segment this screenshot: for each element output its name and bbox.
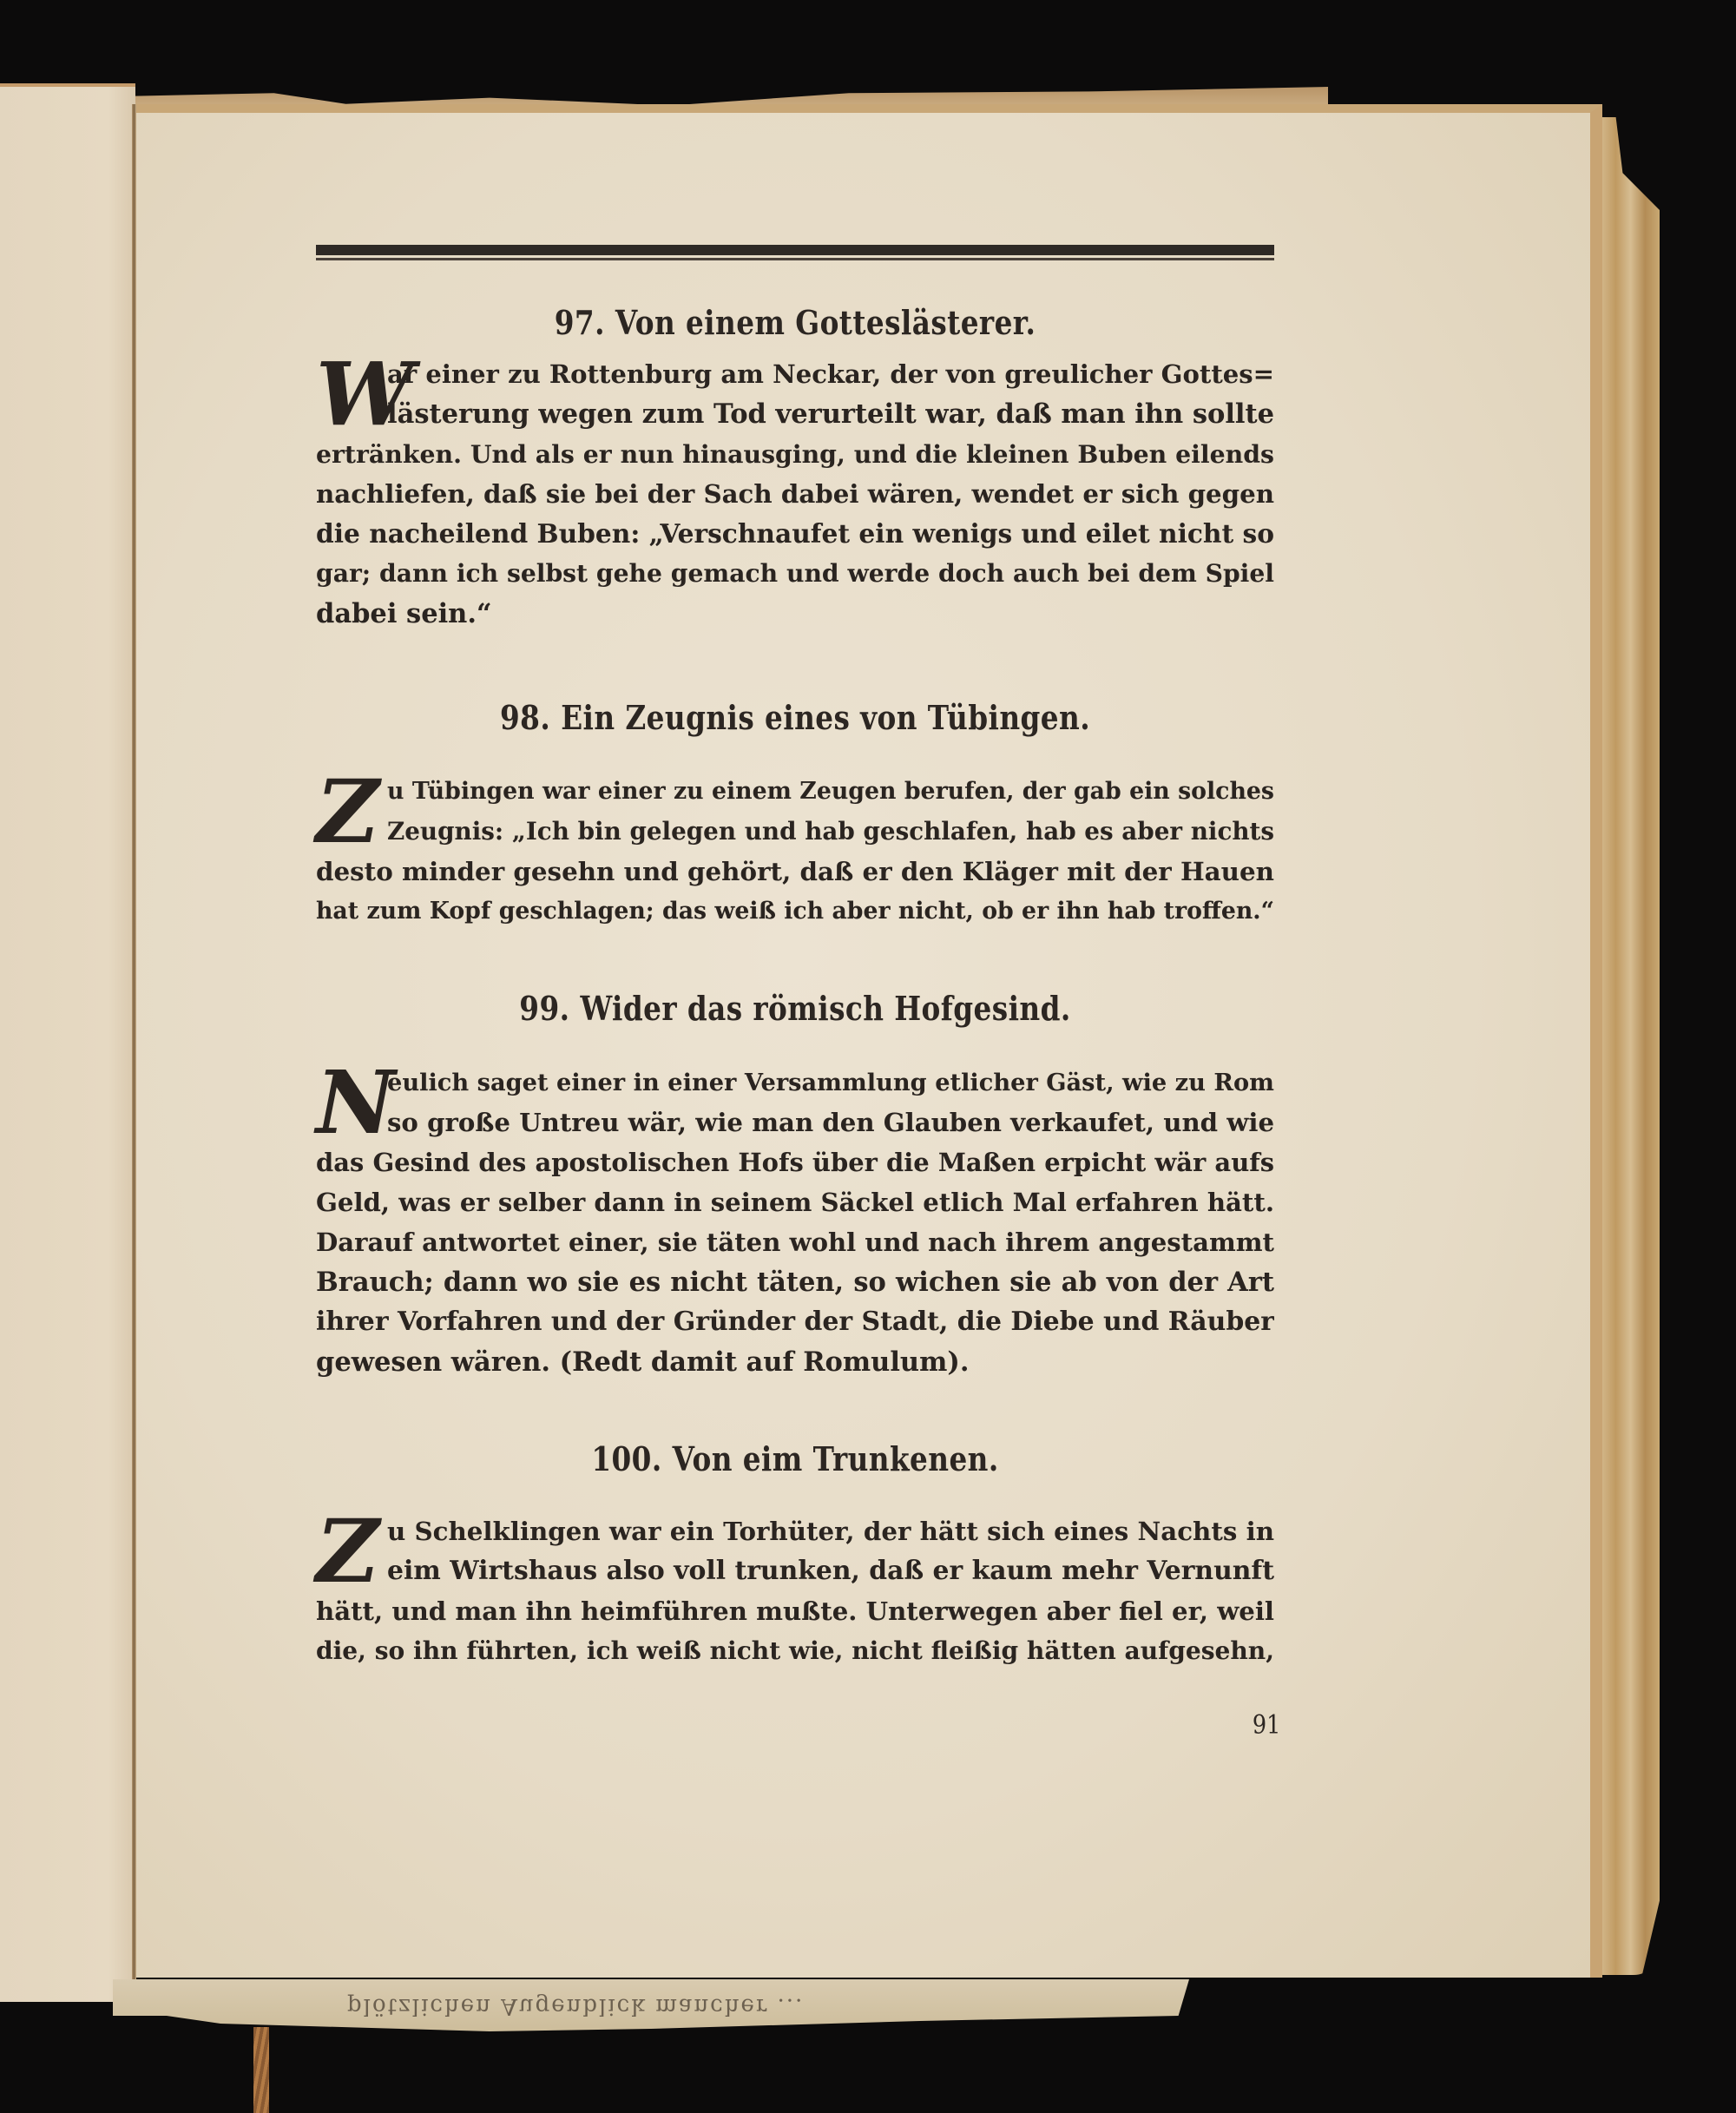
story-number: 97. <box>555 303 605 342</box>
text-line: nachliefen, daß sie bei der Sach dabei w… <box>316 474 1274 514</box>
bookmark-ribbon <box>253 2027 269 2113</box>
story-title-text: Von eim Trunkenen. <box>673 1439 999 1478</box>
text-line: Brauch; dann wo sie es nicht täten, so w… <box>316 1262 1274 1302</box>
text-line: Darauf antwortet einer, sie täten wohl u… <box>316 1222 1274 1262</box>
text-block: 97.Von einem Gotteslästerer. W ar einer … <box>316 245 1274 1671</box>
text-line: ihrer Vorfahren und der Gründer der Stad… <box>316 1302 1274 1342</box>
text-line: gar; dann ich selbst gehe gemach und wer… <box>316 554 1274 594</box>
text-line: die nacheilend Buben: „Verschnaufet ein … <box>316 514 1274 554</box>
page-number: 91 <box>1253 1710 1280 1741</box>
text-line: lästerung wegen zum Tod verurteilt war, … <box>316 394 1274 434</box>
story-title: 99.Wider das römisch Hofgesind. <box>383 989 1207 1028</box>
story-title-text: Von einem Gotteslästerer. <box>615 303 1036 342</box>
header-rule <box>316 245 1274 255</box>
story-97: 97.Von einem Gotteslästerer. W ar einer … <box>316 303 1274 634</box>
text-line: gewesen wären. (Redt damit auf Romulum). <box>316 1342 1274 1382</box>
text-line: Zeugnis: „Ich bin gelegen und hab geschl… <box>316 812 1274 852</box>
story-title: 100.Von eim Trunkenen. <box>383 1439 1207 1478</box>
dropcap-initial: N <box>316 1063 385 1142</box>
story-title: 98.Ein Zeugnis eines von Tübingen. <box>383 698 1207 737</box>
story-number: 99. <box>519 989 569 1028</box>
story-body: Z u Tübingen war einer zu einem Zeugen b… <box>316 772 1274 931</box>
story-title: 97.Von einem Gotteslästerer. <box>383 303 1207 342</box>
story-number: 98. <box>500 698 550 737</box>
story-title-text: Wider das römisch Hofgesind. <box>580 989 1070 1028</box>
story-title-text: Ein Zeugnis eines von Tübingen. <box>561 698 1090 737</box>
text-line: hätt, und man ihn heimführen mußte. Unte… <box>316 1591 1274 1631</box>
left-page <box>0 83 135 2002</box>
story-body: N eulich saget einer in einer Versammlun… <box>316 1063 1274 1382</box>
story-99: 99.Wider das römisch Hofgesind. N eulich… <box>316 989 1274 1382</box>
story-body: W ar einer zu Rottenburg am Neckar, der … <box>316 354 1274 634</box>
text-line: ar einer zu Rottenburg am Neckar, der vo… <box>316 354 1274 394</box>
story-100: 100.Von eim Trunkenen. Z u Schelklingen … <box>316 1439 1274 1671</box>
book-spine-gutter <box>132 104 136 1997</box>
text-line: dabei sein.“ <box>316 594 1274 634</box>
dropcap-initial: Z <box>316 772 385 852</box>
text-line: ertränken. Und als er nun hinausging, un… <box>316 434 1274 474</box>
text-line: Geld, was er selber dann in seinem Säcke… <box>316 1182 1274 1222</box>
text-line: die, so ihn führten, ich weiß nicht wie,… <box>316 1631 1274 1671</box>
text-line: eim Wirtshaus also voll trunken, daß er … <box>316 1551 1274 1591</box>
dropcap-initial: Z <box>316 1511 385 1591</box>
story-98: 98.Ein Zeugnis eines von Tübingen. Z u T… <box>316 698 1274 931</box>
story-body: Z u Schelklingen war ein Torhüter, der h… <box>316 1511 1274 1671</box>
story-number: 100. <box>591 1439 661 1478</box>
text-line: u Schelklingen war ein Torhüter, der hät… <box>316 1511 1274 1551</box>
text-line: desto minder gesehn und gehört, daß er d… <box>316 852 1274 892</box>
text-line: das Gesind des apostolischen Hofs über d… <box>316 1142 1274 1182</box>
bottom-strip-text: plötzlichen Augenblick mancher ... <box>347 1993 804 2019</box>
book-photo: plötzlichen Augenblick mancher ... 97.Vo… <box>0 0 1736 2113</box>
text-line: so große Untreu wär, wie man den Glauben… <box>316 1103 1274 1142</box>
text-line: hat zum Kopf geschlagen; das weiß ich ab… <box>316 892 1274 931</box>
dropcap-initial: W <box>316 354 385 434</box>
text-line: eulich saget einer in einer Versammlung … <box>316 1063 1274 1103</box>
text-line: u Tübingen war einer zu einem Zeugen ber… <box>316 772 1274 812</box>
